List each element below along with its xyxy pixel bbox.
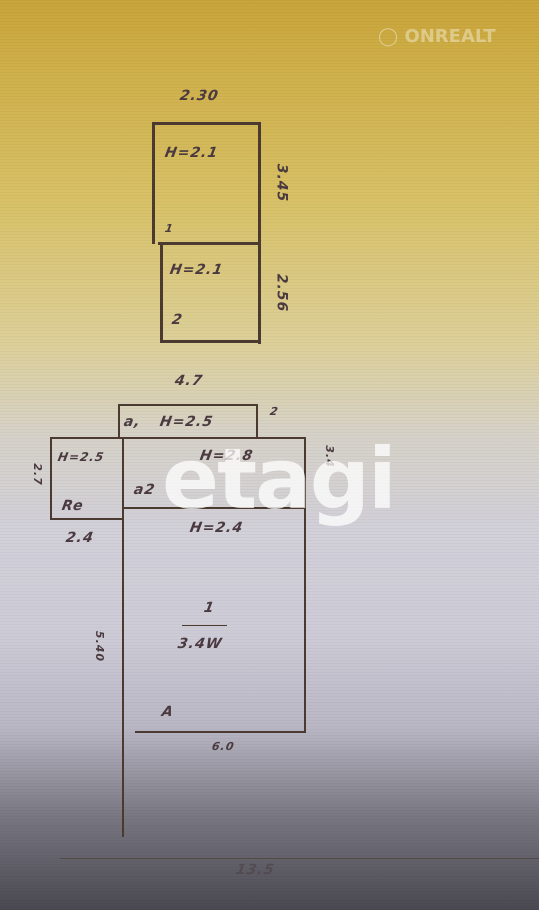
main-left-dimension: 5.40 [93,631,106,662]
wall [158,242,261,245]
strip-label: a, [123,414,143,430]
left-room-height: H=2.5 [57,450,106,464]
onrealt-logo-icon: ◯ [378,26,398,47]
wall [50,518,124,520]
upper-top-dimension: 2.30 [179,88,220,104]
left-room-bottom-dimension: 2.4 [65,530,96,546]
wall [152,122,155,244]
main-label-a2: a2 [133,482,157,498]
watermark-onrealt: ◯ ONREALT [378,26,496,47]
wall [152,122,260,125]
strip-height: H=2.5 [159,414,215,430]
fraction-numerator: 1 [203,600,217,616]
wall [160,340,261,343]
main-letter: A [161,704,176,720]
ground-line [60,858,539,859]
ground-dimension: 13.5 [235,862,276,878]
lower-top-dimension: 4.7 [174,373,205,389]
watermark-etagi: etagi [162,430,395,528]
fraction-bar [182,625,227,626]
wall [135,731,306,733]
main-bottom-dimension: 6.0 [211,740,236,753]
strip-side-dimension: 2 [269,405,280,418]
wall [258,122,261,344]
left-room-label: Re [61,498,85,514]
wall [50,437,122,439]
wall [118,404,120,438]
room2-number: 2 [171,312,185,328]
wall [50,437,52,519]
room1-number: 1 [164,222,175,235]
room2-side-dimension: 2.56 [273,274,289,313]
room2-height: H=2.1 [169,262,225,278]
room1-side-dimension: 3.45 [273,164,289,203]
left-room-side-dimension: 2.7 [31,463,44,486]
room1-height: H=2.1 [164,145,220,161]
wall [118,404,258,406]
fraction-denominator: 3.4W [177,636,224,652]
wall [122,437,124,837]
wall [160,242,163,342]
